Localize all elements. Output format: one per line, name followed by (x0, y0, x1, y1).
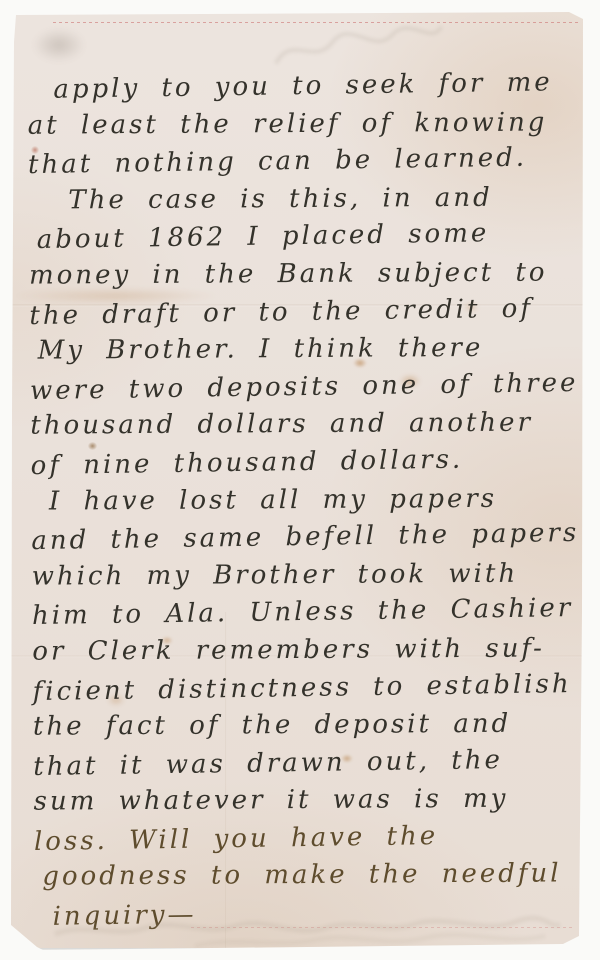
foxing-stain (33, 28, 85, 62)
letter-line: My Brother. I think there (38, 329, 578, 370)
letter-line: of nine thousand dollars. (30, 440, 578, 486)
letter-line: about 1862 I placed some (36, 214, 576, 260)
letter-line: the draft or to the credit of (29, 290, 577, 336)
letter-body: apply to you to seek for me at least the… (27, 66, 583, 935)
letter-line: apply to you to seek for me (53, 64, 576, 109)
letter-line: at least the relief of knowing (28, 104, 576, 145)
letter-line: The case is this, in and (68, 179, 576, 220)
ruled-line (53, 22, 579, 23)
letter-line: ficient distinctness to establish (32, 665, 580, 711)
scan-background: apply to you to seek for me at least the… (0, 0, 600, 960)
letter-line: sum whatever it was is my (34, 781, 582, 822)
letter-line: were two deposits one of three (30, 365, 578, 411)
letter-line: money in the Bank subject to (29, 254, 577, 295)
letter-line: inquiry— (52, 891, 582, 936)
letter-page: apply to you to seek for me at least the… (11, 12, 583, 948)
letter-line: and the same befell the papers (31, 515, 579, 561)
letter-line: goodness to make the needful (42, 856, 582, 897)
letter-line: that it was drawn out, the (33, 741, 581, 787)
letter-line: I have lost all my papers (49, 480, 579, 521)
letter-line: loss. Will you have the (34, 816, 582, 862)
letter-line: him to Ala. Unless the Cashier (32, 590, 580, 636)
letter-line: or Clerk remembers with suf- (32, 630, 580, 671)
letter-line: thousand dollars and another (30, 405, 578, 446)
letter-line: which my Brother took with (32, 555, 580, 596)
letter-line: that nothing can be learned. (28, 139, 576, 185)
letter-line: the fact of the deposit and (33, 705, 581, 746)
